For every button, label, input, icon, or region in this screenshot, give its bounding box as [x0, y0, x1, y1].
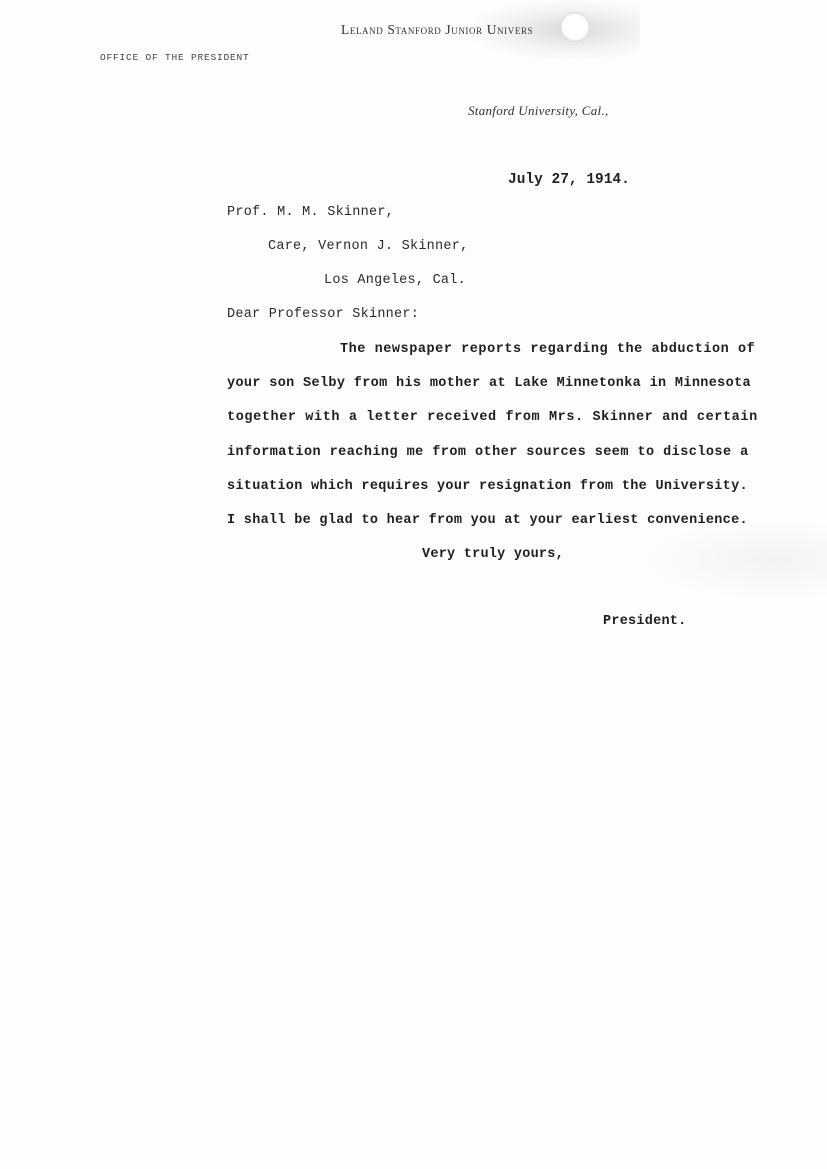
paper-smudge — [640, 520, 827, 600]
body-line: I shall be glad to hear from you at your… — [227, 513, 748, 528]
recipient-care-of: Care, Vernon J. Skinner, — [268, 239, 468, 254]
punch-hole — [560, 12, 590, 42]
body-line: together with a letter received from Mrs… — [227, 410, 758, 425]
body-line: your son Selby from his mother at Lake M… — [227, 376, 751, 391]
body-line: The newspaper reports regarding the abdu… — [340, 342, 755, 357]
letter-page: Leland Stanford Junior Univers OFFICE OF… — [0, 0, 827, 1169]
letterhead-place: Stanford University, Cal., — [468, 103, 609, 119]
signature-title: President. — [603, 614, 687, 629]
body-line: information reaching me from other sourc… — [227, 445, 749, 460]
recipient-name: Prof. M. M. Skinner, — [227, 205, 394, 220]
body-line: situation which requires your resignatio… — [227, 479, 748, 494]
letter-date: July 27, 1914. — [508, 172, 630, 188]
recipient-city: Los Angeles, Cal. — [324, 273, 466, 288]
letterhead-institution: Leland Stanford Junior Univers — [341, 22, 533, 38]
closing: Very truly yours, — [422, 547, 564, 562]
salutation: Dear Professor Skinner: — [227, 307, 419, 322]
letterhead-office: OFFICE OF THE PRESIDENT — [100, 52, 250, 63]
